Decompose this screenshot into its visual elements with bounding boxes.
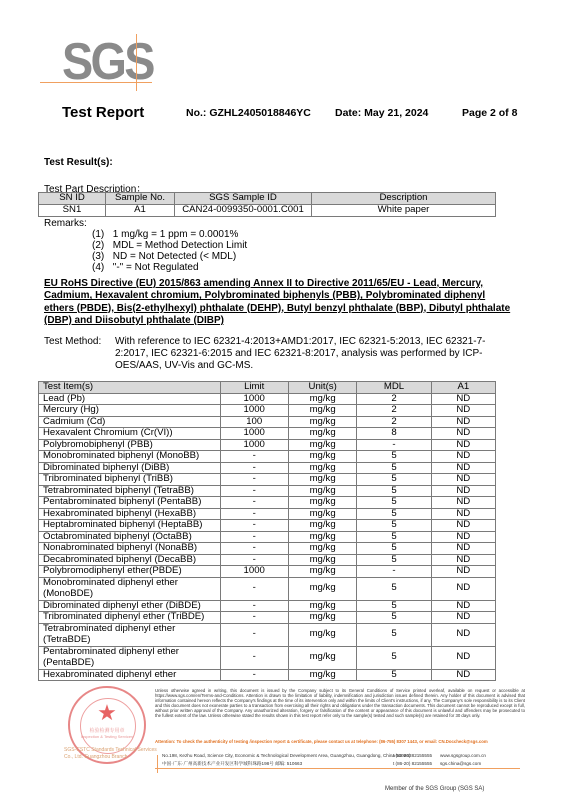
table-row: Polybromobiphenyl (PBB)1000mg/kg-ND <box>39 439 496 451</box>
directive-heading: EU RoHS Directive (EU) 2015/863 amending… <box>44 278 514 327</box>
result-a1-cell: ND <box>431 566 495 578</box>
table-row: Pentabrominated diphenyl ether (PentaBDE… <box>39 646 496 669</box>
mdl-cell: 5 <box>357 508 431 520</box>
result-a1-cell: ND <box>431 405 495 417</box>
col-sgs-sample-id: SGS Sample ID <box>175 193 312 205</box>
table-row: Dibrominated diphenyl ether (DiBDE)-mg/k… <box>39 600 496 612</box>
table-row: Heptabrominated biphenyl (HeptaBB)-mg/kg… <box>39 520 496 532</box>
result-a1-cell: ND <box>431 646 495 669</box>
footer-horizontal-rule <box>155 768 520 769</box>
page-indicator: Page 2 of 8 <box>462 107 517 119</box>
limit-cell: - <box>220 577 288 600</box>
remark-item: (2) MDL = Method Detection Limit <box>92 240 247 251</box>
col-mdl: MDL <box>357 382 431 394</box>
unit-cell: mg/kg <box>288 474 356 486</box>
unit-cell: mg/kg <box>288 543 356 555</box>
mdl-cell: 5 <box>357 531 431 543</box>
test-item-cell: Pentabrominated diphenyl ether (PentaBDE… <box>39 646 221 669</box>
table-row: Tribrominated biphenyl (TriBB)-mg/kg5ND <box>39 474 496 486</box>
unit-cell: mg/kg <box>288 405 356 417</box>
telephone-1: t (86-20) 82155555 <box>393 753 432 758</box>
table-row: Hexavalent Chromium (Cr(VI))1000mg/kg8ND <box>39 428 496 440</box>
limit-cell: 100 <box>220 416 288 428</box>
limit-cell: - <box>220 543 288 555</box>
result-a1-cell: ND <box>431 508 495 520</box>
unit-cell: mg/kg <box>288 646 356 669</box>
test-item-cell: Monobrominated biphenyl (MonoBB) <box>39 451 221 463</box>
mdl-cell: 2 <box>357 405 431 417</box>
test-method-label: Test Method: <box>44 336 101 347</box>
limit-cell: - <box>220 646 288 669</box>
test-item-cell: Decabrominated biphenyl (DecaBB) <box>39 554 221 566</box>
col-sample-no: Sample No. <box>106 193 175 205</box>
mdl-cell: 5 <box>357 612 431 624</box>
result-a1-cell: ND <box>431 612 495 624</box>
seal-english-text: Inspection & Testing Services <box>70 734 144 739</box>
unit-cell: mg/kg <box>288 462 356 474</box>
test-item-cell: Tribrominated biphenyl (TriBB) <box>39 474 221 486</box>
result-a1-cell: ND <box>431 428 495 440</box>
mdl-cell: 5 <box>357 577 431 600</box>
seal-chinese-text: 检验检测专用章 <box>70 727 144 734</box>
result-a1-cell: ND <box>431 439 495 451</box>
test-item-cell: Dibrominated diphenyl ether (DiBDE) <box>39 600 221 612</box>
unit-cell: mg/kg <box>288 508 356 520</box>
mdl-cell: 5 <box>357 520 431 532</box>
table-row: Hexabrominated diphenyl ether-mg/kg5ND <box>39 669 496 681</box>
report-title: Test Report <box>62 104 144 121</box>
limit-cell: - <box>220 554 288 566</box>
sgs-group-membership: Member of the SGS Group (SGS SA) <box>385 786 484 792</box>
unit-cell: mg/kg <box>288 669 356 681</box>
result-a1-cell: ND <box>431 497 495 509</box>
unit-cell: mg/kg <box>288 531 356 543</box>
unit-cell: mg/kg <box>288 416 356 428</box>
sample-no-cell: A1 <box>106 205 175 217</box>
table-row: Tetrabrominated diphenyl ether (TetraBDE… <box>39 623 496 646</box>
mdl-cell: 5 <box>357 497 431 509</box>
test-item-cell: Hexabrominated biphenyl (HexaBB) <box>39 508 221 520</box>
unit-cell: mg/kg <box>288 623 356 646</box>
mdl-cell: 5 <box>357 485 431 497</box>
unit-cell: mg/kg <box>288 451 356 463</box>
test-item-cell: Hexavalent Chromium (Cr(VI)) <box>39 428 221 440</box>
address-english: No.198, Kezhu Road, Science City, Econom… <box>162 753 412 758</box>
result-a1-cell: ND <box>431 462 495 474</box>
results-table-body: Lead (Pb)1000mg/kg2NDMercury (Hg)1000mg/… <box>39 393 496 681</box>
col-limit: Limit <box>220 382 288 394</box>
col-description: Description <box>312 193 496 205</box>
test-item-cell: Tribrominated diphenyl ether (TriBDE) <box>39 612 221 624</box>
mdl-cell: 5 <box>357 474 431 486</box>
result-a1-cell: ND <box>431 577 495 600</box>
table-row: Nonabrominated biphenyl (NonaBB)-mg/kg5N… <box>39 543 496 555</box>
remark-item: (3) ND = Not Detected (< MDL) <box>92 251 236 262</box>
test-item-cell: Monobrominated diphenyl ether (MonoBDE) <box>39 577 221 600</box>
test-item-cell: Pentabrominated biphenyl (PentaBB) <box>39 497 221 509</box>
table-row: Decabrominated biphenyl (DecaBB)-mg/kg5N… <box>39 554 496 566</box>
mdl-cell: 8 <box>357 428 431 440</box>
result-a1-cell: ND <box>431 554 495 566</box>
remark-item: (4) "-" = Not Regulated <box>92 262 199 273</box>
test-item-cell: Cadmium (Cd) <box>39 416 221 428</box>
table-row: Polybromodiphenyl ether(PBDE)1000mg/kg-N… <box>39 566 496 578</box>
table-row: Octabrominated biphenyl (OctaBB)-mg/kg5N… <box>39 531 496 543</box>
table-row: Dibrominated biphenyl (DiBB)-mg/kg5ND <box>39 462 496 474</box>
mdl-cell: 5 <box>357 669 431 681</box>
mdl-cell: 5 <box>357 623 431 646</box>
result-a1-cell: ND <box>431 474 495 486</box>
sn-id-cell: SN1 <box>39 205 106 217</box>
mdl-cell: 2 <box>357 416 431 428</box>
mdl-cell: 5 <box>357 543 431 555</box>
table-row: Monobrominated diphenyl ether (MonoBDE)-… <box>39 577 496 600</box>
table-row: Mercury (Hg)1000mg/kg2ND <box>39 405 496 417</box>
footer-vertical-rule <box>157 755 158 773</box>
limit-cell: - <box>220 508 288 520</box>
test-results-heading: Test Result(s): <box>44 157 113 168</box>
star-icon: ★ <box>70 702 144 724</box>
test-item-cell: Dibrominated biphenyl (DiBB) <box>39 462 221 474</box>
test-method-text: With reference to IEC 62321-4:2013+AMD1:… <box>115 336 515 372</box>
mdl-cell: 2 <box>357 393 431 405</box>
limit-cell: 1000 <box>220 439 288 451</box>
test-item-cell: Mercury (Hg) <box>39 405 221 417</box>
limit-cell: 1000 <box>220 428 288 440</box>
results-table: Test Item(s) Limit Unit(s) MDL A1 Lead (… <box>38 381 496 681</box>
unit-cell: mg/kg <box>288 600 356 612</box>
remark-item: (1) 1 mg/kg = 1 ppm = 0.0001% <box>92 229 238 240</box>
test-item-cell: Polybromobiphenyl (PBB) <box>39 439 221 451</box>
col-sn-id: SN ID <box>39 193 106 205</box>
col-test-item: Test Item(s) <box>39 382 221 394</box>
mdl-cell: - <box>357 439 431 451</box>
result-a1-cell: ND <box>431 669 495 681</box>
table-row: Hexabrominated biphenyl (HexaBB)-mg/kg5N… <box>39 508 496 520</box>
table-row: Tetrabrominated biphenyl (TetraBB)-mg/kg… <box>39 485 496 497</box>
sample-row: SN1 A1 CAN24-0099350-0001.C001 White pap… <box>39 205 496 217</box>
table-row: Pentabrominated biphenyl (PentaBB)-mg/kg… <box>39 497 496 509</box>
address-chinese: 中国·广东·广州高新技术产业开发区科学城科珠路198号 邮编: 510663 <box>162 761 302 767</box>
limit-cell: - <box>220 623 288 646</box>
result-a1-cell: ND <box>431 485 495 497</box>
result-a1-cell: ND <box>431 543 495 555</box>
test-item-cell: Lead (Pb) <box>39 393 221 405</box>
col-a1: A1 <box>431 382 495 394</box>
telephone-2: t (86-20) 82155555 <box>393 761 432 766</box>
legal-disclaimer: Unless otherwise agreed in writing, this… <box>155 688 525 719</box>
unit-cell: mg/kg <box>288 485 356 497</box>
limit-cell: - <box>220 669 288 681</box>
result-a1-cell: ND <box>431 520 495 532</box>
mdl-cell: 5 <box>357 451 431 463</box>
remarks-label: Remarks: <box>44 218 87 229</box>
table-row: Cadmium (Cd)100mg/kg2ND <box>39 416 496 428</box>
sgs-sample-id-cell: CAN24-0099350-0001.C001 <box>175 205 312 217</box>
limit-cell: - <box>220 451 288 463</box>
unit-cell: mg/kg <box>288 520 356 532</box>
email-link[interactable]: sgs.china@sgs.com <box>440 761 481 766</box>
mdl-cell: 5 <box>357 646 431 669</box>
test-item-cell: Heptabrominated biphenyl (HeptaBB) <box>39 520 221 532</box>
sample-table: SN ID Sample No. SGS Sample ID Descripti… <box>38 192 496 217</box>
test-item-cell: Nonabrominated biphenyl (NonaBB) <box>39 543 221 555</box>
result-a1-cell: ND <box>431 531 495 543</box>
mdl-cell: 5 <box>357 554 431 566</box>
test-item-cell: Tetrabrominated diphenyl ether (TetraBDE… <box>39 623 221 646</box>
table-row: Tribrominated diphenyl ether (TriBDE)-mg… <box>39 612 496 624</box>
results-table-header: Test Item(s) Limit Unit(s) MDL A1 <box>39 382 496 394</box>
limit-cell: - <box>220 485 288 497</box>
result-a1-cell: ND <box>431 416 495 428</box>
limit-cell: 1000 <box>220 566 288 578</box>
report-date: Date: May 21, 2024 <box>335 107 428 119</box>
table-row: Monobrominated biphenyl (MonoBB)-mg/kg5N… <box>39 451 496 463</box>
limit-cell: - <box>220 474 288 486</box>
mdl-cell: 5 <box>357 462 431 474</box>
seal-company-name: SGS-CSTC Standards Technical Services Co… <box>64 747 164 761</box>
sample-table-header: SN ID Sample No. SGS Sample ID Descripti… <box>39 193 496 205</box>
test-item-cell: Tetrabrominated biphenyl (TetraBB) <box>39 485 221 497</box>
unit-cell: mg/kg <box>288 577 356 600</box>
limit-cell: 1000 <box>220 393 288 405</box>
limit-cell: - <box>220 600 288 612</box>
result-a1-cell: ND <box>431 623 495 646</box>
mdl-cell: 5 <box>357 600 431 612</box>
col-units: Unit(s) <box>288 382 356 394</box>
limit-cell: - <box>220 531 288 543</box>
unit-cell: mg/kg <box>288 439 356 451</box>
test-item-cell: Polybromodiphenyl ether(PBDE) <box>39 566 221 578</box>
report-number: No.: GZHL2405018846YC <box>186 107 311 119</box>
result-a1-cell: ND <box>431 393 495 405</box>
limit-cell: - <box>220 462 288 474</box>
unit-cell: mg/kg <box>288 554 356 566</box>
mdl-cell: - <box>357 566 431 578</box>
website-link[interactable]: www.sgsgroup.com.cn <box>440 753 486 758</box>
limit-cell: - <box>220 497 288 509</box>
test-item-cell: Hexabrominated diphenyl ether <box>39 669 221 681</box>
limit-cell: - <box>220 520 288 532</box>
logo-vertical-rule <box>136 34 137 91</box>
description-cell: White paper <box>312 205 496 217</box>
unit-cell: mg/kg <box>288 428 356 440</box>
limit-cell: - <box>220 612 288 624</box>
authenticity-notice: Attention: To check the authenticity of … <box>155 739 535 744</box>
table-row: Lead (Pb)1000mg/kg2ND <box>39 393 496 405</box>
limit-cell: 1000 <box>220 405 288 417</box>
sgs-logo: SGS <box>62 36 153 88</box>
test-item-cell: Octabrominated biphenyl (OctaBB) <box>39 531 221 543</box>
unit-cell: mg/kg <box>288 612 356 624</box>
result-a1-cell: ND <box>431 600 495 612</box>
unit-cell: mg/kg <box>288 497 356 509</box>
result-a1-cell: ND <box>431 451 495 463</box>
unit-cell: mg/kg <box>288 566 356 578</box>
unit-cell: mg/kg <box>288 393 356 405</box>
